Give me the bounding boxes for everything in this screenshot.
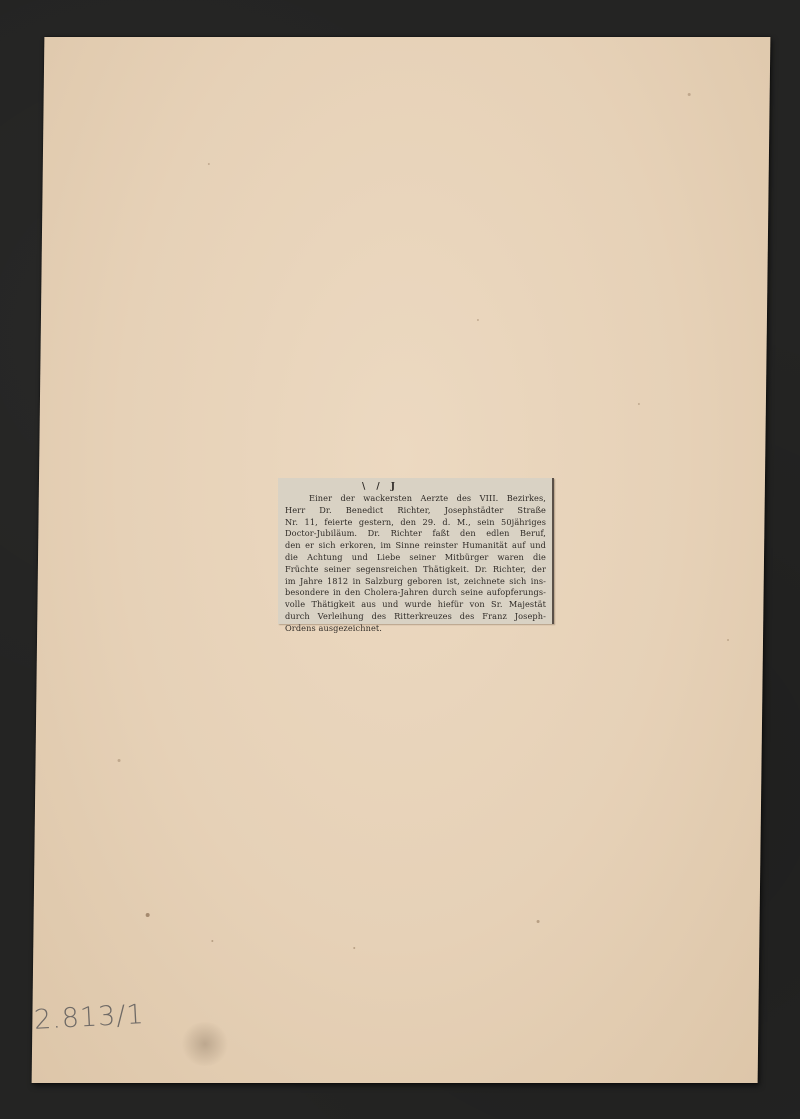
article-line: Früchte seiner segensreichen Thätigkeit.… — [285, 564, 546, 576]
article-line: die Achtung und Liebe seiner Mitbürger w… — [285, 552, 546, 564]
article-line: den er sich erkoren, im Sinne reinster H… — [285, 540, 546, 552]
inventory-number: 2.813/1 — [33, 999, 145, 1036]
article-line: Ordens ausgezeichnet. — [285, 623, 546, 635]
article-line: im Jahre 1812 in Salzburg geboren ist, z… — [285, 576, 546, 588]
article-line: volle Thätigkeit aus und wurde hiefür vo… — [285, 599, 546, 611]
paper-speck — [727, 639, 729, 641]
paper-speck — [353, 947, 355, 949]
paper-speck — [146, 913, 150, 917]
article-line: Nr. 11, feierte gestern, den 29. d. M., … — [285, 517, 546, 529]
paper-speck — [688, 93, 691, 96]
article-line: Einer der wackersten Aerzte des VIII. Be… — [285, 493, 546, 505]
article-line: Doctor-Jubiläum. Dr. Richter faßt den ed… — [285, 528, 546, 540]
paper-speck — [211, 940, 213, 942]
paper-speck — [118, 759, 121, 762]
article-line: durch Verleihung des Ritterkreuzes des F… — [285, 611, 546, 623]
article-line: Herr Dr. Benedict Richter, Josephstädter… — [285, 505, 546, 517]
paper-speck — [477, 319, 479, 321]
newspaper-clipping: \ / J Einer der wackersten Aerzte des VI… — [278, 478, 554, 624]
paper-smudge — [180, 1022, 230, 1066]
article-line: besondere in den Cholera-Jahren durch se… — [285, 587, 546, 599]
paper-speck — [537, 920, 540, 923]
paper-speck — [208, 163, 210, 165]
clipping-header-mark: \ / J — [215, 482, 546, 493]
paper-speck — [638, 403, 640, 405]
clipping-article-text: Einer der wackersten Aerzte des VIII. Be… — [285, 493, 546, 635]
